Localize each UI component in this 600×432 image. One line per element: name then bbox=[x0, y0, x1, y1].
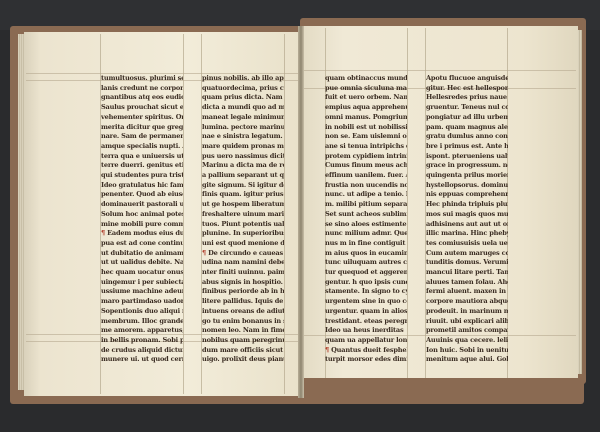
text-line: gitur. Hec est hellespontus. bbox=[426, 84, 508, 94]
text-line: munere ui. ut quod cernet pote bbox=[101, 355, 183, 365]
text-line: tunc uiluquam autres clausi bbox=[325, 258, 407, 268]
text-line: hec quam uocatur onus pur bbox=[101, 268, 183, 278]
text-line: menitum aque alui. Gobi in bbox=[426, 355, 508, 365]
text-line: quam prius dicta. Nam illo bbox=[202, 93, 284, 103]
text-line: Apotu flucuoe anguisdem de bbox=[426, 74, 508, 84]
text-line: omni manus. Pomgrium olli bbox=[325, 113, 407, 123]
text-line: gite signum. Si igitur domi bbox=[202, 181, 284, 191]
text-line: fuit et uero orbem. Nam bbox=[325, 93, 407, 103]
text-line: bre i primus est. Ante hellese bbox=[426, 142, 508, 152]
text-line: mare quidem pronas mare gen bbox=[202, 142, 284, 152]
ruling-line bbox=[304, 70, 576, 71]
text-line: qui studentes pura tristitia. bbox=[101, 171, 183, 181]
text-line: quam obtinaccus mundidi bbox=[325, 74, 407, 84]
text-line: nare. Sam de permanentia. bbox=[101, 132, 183, 142]
text-line: tur quequod et aggerentur fluit bbox=[325, 268, 407, 278]
text-line: aluues tamen folau. Ahebus bbox=[426, 278, 508, 288]
text-line: stamente. In signo to cyprum bbox=[325, 287, 407, 297]
text-line: lanis credunt ne corpora pu bbox=[101, 84, 183, 94]
text-line: me amorem. apparetus, prinnit bbox=[101, 326, 183, 336]
text-line: corpore mautiora abques bbox=[426, 297, 508, 307]
text-line: nunc. ut adipe a tenio. Ixxr. v bbox=[325, 190, 407, 200]
text-line: tes comiusuisis uela ueniunt. bbox=[426, 239, 508, 249]
text-column-left-1: tumultuosus. plurimi se aqui lanis credu… bbox=[101, 74, 183, 366]
text-line: in bellis pronam. Sobi pont bbox=[101, 336, 183, 346]
text-line: pinus nobilis. ab illo apito de bbox=[202, 74, 284, 84]
text-line: udina nam namini debet. Ter bbox=[202, 258, 284, 268]
text-line: in nobili est ut nobilissibus bbox=[325, 123, 407, 133]
text-line: Quantus dueit fesphelli phenur bbox=[331, 346, 407, 354]
text-line: de crudus aliquid dictum ut bbox=[101, 346, 183, 356]
text-line: tumultuosus. plurimi se aqui bbox=[101, 74, 183, 84]
text-column-left-2: pinus nobilis. ab illo apito de quatuord… bbox=[202, 74, 284, 366]
text-line: urgentem sine in quo conditor bbox=[325, 297, 407, 307]
text-line: pue finis. meritis. Acidis bbox=[426, 365, 508, 366]
text-line: abus signis in hospitio. ac nullis bbox=[202, 278, 284, 288]
text-line: ane si tenua intripichs epheso bbox=[325, 142, 407, 152]
text-line: mine mobili pure commendat. bbox=[101, 220, 183, 230]
text-line: Sopentionis duo aliqui m bbox=[101, 307, 183, 317]
text-line: Solum hoc animal potest ho bbox=[101, 210, 183, 220]
text-line: prodeuit. in marinum minum bbox=[426, 307, 508, 317]
text-column-right-1: quam obtinaccus mundidi pue omnia siculu… bbox=[325, 74, 407, 366]
text-line: m aius quos in eucaminetuf bbox=[325, 249, 407, 259]
text-line: ispont. pterueniens ualtis dii bbox=[426, 152, 508, 162]
text-column-right-2: Apotu flucuoe anguisdem de gitur. Hec es… bbox=[426, 74, 508, 366]
text-line: ussiume machine adeunt pce bbox=[101, 287, 183, 297]
text-line: nae e sinistra legatum. de mar bbox=[202, 132, 284, 142]
text-line: maneat legale minimum lapis bbox=[202, 113, 284, 123]
text-line: Hellesredes prius naue superis bbox=[426, 93, 508, 103]
text-line: membrum. Illoc grandes spe bbox=[101, 317, 183, 327]
text-line: go tu enim bonanus in spiritu bbox=[202, 317, 284, 327]
text-line: intuens oreans de adiutis uidua bbox=[202, 307, 284, 317]
text-line: grace in progressum. nec in bbox=[426, 161, 508, 171]
rubric-paragraph-mark-icon: ¶ bbox=[101, 229, 105, 237]
text-line: uni est quod menione debentur bbox=[202, 239, 284, 249]
dark-backdrop-bottom bbox=[0, 412, 600, 432]
text-line: nobilus quam peregrinus esse bbox=[202, 336, 284, 346]
text-line: dicta a mundi quo ad marinum bbox=[202, 103, 284, 113]
text-line: merita dicitur que grege bar bbox=[101, 123, 183, 133]
text-line: pam. quam magnus alexander bbox=[426, 123, 508, 133]
text-line: quam ua appellatur longius. bbox=[325, 336, 407, 346]
text-line: dominauerit pastorali uitur. bbox=[101, 200, 183, 210]
text-line: plunine. In superioribus sopui bbox=[202, 229, 284, 239]
text-line: turpit morsor edes dimitur bbox=[325, 355, 407, 365]
text-line: mancui litare perti. Tammam bbox=[426, 268, 508, 278]
text-line: Cum autem maruges conge bbox=[426, 249, 508, 259]
text-line: uigo. prolixit deus pianu dunt bbox=[202, 355, 284, 365]
text-line: nter finiti uuinnu. paimi bbox=[202, 268, 284, 278]
text-line: Set sunt acheos sublimius ater bbox=[325, 210, 407, 220]
text-line: quingenta prilus moriente bbox=[426, 171, 508, 181]
text-line: empius aqua apprehenus ii bbox=[325, 103, 407, 113]
text-line: Ideo ua heus inerditas bbox=[325, 326, 407, 336]
text-line: Ideo gratulatus hic famili bbox=[101, 181, 183, 191]
text-line: se sino aloes estimente quam bbox=[325, 220, 407, 230]
text-line: trestidant. eteas peregrinantur. bbox=[325, 317, 407, 327]
text-line: a pallium separant ut qua ita bbox=[202, 171, 284, 181]
text-line: gruentur. Teneus nul corpora bbox=[426, 103, 508, 113]
text-line: maro partimdaso uador m bbox=[101, 297, 183, 307]
text-line: tuos. Piunt potentis ualens bbox=[202, 220, 284, 230]
text-line: Eadem modus eius dum bbox=[107, 229, 183, 237]
text-line: hystellopsorus. dominus qua be bbox=[426, 181, 508, 191]
text-line: terre duerri. genitus etiam pr bbox=[101, 161, 183, 171]
text-line: amque specialis nupti. Ac p bbox=[101, 142, 183, 152]
text-line: Hec phinda tripluis pluri bbox=[426, 200, 508, 210]
text-line: Saulus prouchat sicut et bbox=[101, 103, 183, 113]
text-line: consule qui reges unde ereguir et bbox=[202, 365, 284, 366]
text-line: litere pallidus. Iquis de uario bbox=[202, 297, 284, 307]
ruling-line bbox=[407, 28, 408, 378]
text-line: De circundo e caueas que bbox=[208, 249, 284, 257]
text-line: pus uero nassimus dicitur. bbox=[202, 152, 284, 162]
text-line: nus m in fine contiguit quod bbox=[325, 239, 407, 249]
text-line: Ideo hec ceans lamnis que bbox=[325, 365, 407, 366]
text-line: urgentur. quam in alios terras bbox=[325, 307, 407, 317]
text-line: Marinu a dicta ma de re inde bbox=[202, 161, 284, 171]
text-line: Cumus finum meus achos inter bbox=[325, 161, 407, 171]
text-line: penenter. Quod ab eiusdem sed bbox=[101, 190, 183, 200]
text-line: nunc milium admr. Que aut bbox=[325, 229, 407, 239]
ruling-line bbox=[284, 34, 285, 394]
text-line: nis eppuas comprehenr. bbox=[426, 190, 508, 200]
text-line: pua est ad cone continuent bbox=[101, 239, 183, 249]
text-line: prometil amitos comparantis. bbox=[426, 326, 508, 336]
text-line: fermi aluent. maxen in sinuus bbox=[426, 287, 508, 297]
text-line: gratu dumlus anno conde bbox=[426, 132, 508, 142]
text-line: effinum uanilem. fuer. Abdi bbox=[325, 171, 407, 181]
text-line: adhisinens aut aut ut orbi bbox=[426, 220, 508, 230]
text-line: dum mare officiis sicut gratia bbox=[202, 346, 284, 356]
text-line: mos sui magis quos mundi bbox=[426, 210, 508, 220]
text-line: vehementer spiritus. Orago bbox=[101, 113, 183, 123]
text-line: protem cypidiem intrinit. in bbox=[325, 152, 407, 162]
text-line: ut ge hospem liberatum. ut ge bbox=[202, 200, 284, 210]
book-gutter bbox=[298, 26, 304, 398]
text-line: Ion huic. Sobi in uenitudo alem bbox=[426, 346, 508, 356]
text-line: gnantibus atq eos eudicunt. bbox=[101, 93, 183, 103]
text-line: terra qua e uniuersis ut solum bbox=[101, 152, 183, 162]
text-line: lumina. pectore marinus nou bbox=[202, 123, 284, 133]
text-line: uingemur i per subiectam hor bbox=[101, 278, 183, 288]
text-line: nomen leo. Nam in fime ui bbox=[202, 326, 284, 336]
text-line: illic marina. Hinc phebys satem bbox=[426, 229, 508, 239]
text-line: manens sicut Arctius genti bbox=[101, 365, 183, 366]
text-line: finis quam. igitur prius dicta bbox=[202, 190, 284, 200]
text-line: tunditis domus. Verumis illis bbox=[426, 258, 508, 268]
text-line: pongiatur ad illu urbem fea bbox=[426, 113, 508, 123]
rubric-paragraph-mark-icon: ¶ bbox=[202, 249, 206, 257]
text-line: finibus periorde ab in humanis bbox=[202, 287, 284, 297]
text-line: pue omnia siculuna mastus bbox=[325, 84, 407, 94]
text-line: gentur. h quo ipsis cunculo p bbox=[325, 278, 407, 288]
text-line: ut dubitatio de animamul bbox=[101, 249, 183, 259]
rubric-paragraph-mark-icon: ¶ bbox=[325, 346, 329, 354]
text-line: frustia non uucendis notur bbox=[325, 181, 407, 191]
text-line: freshaltere uinum marine ut bbox=[202, 210, 284, 220]
text-line: non se. Eam uislemni obiter. bbox=[325, 132, 407, 142]
ruling-line bbox=[183, 34, 184, 394]
text-line: Auuinis qua cecere. lelius bbox=[426, 336, 508, 346]
text-line: riuuit. ubi explicari alibi in te bbox=[426, 317, 508, 327]
text-line: ut ut ualidus debite. Nam bbox=[101, 258, 183, 268]
text-line: m. milibi pitium separatur. bbox=[325, 200, 407, 210]
text-line: quatuordecima, prius cum nomine bbox=[202, 84, 284, 94]
